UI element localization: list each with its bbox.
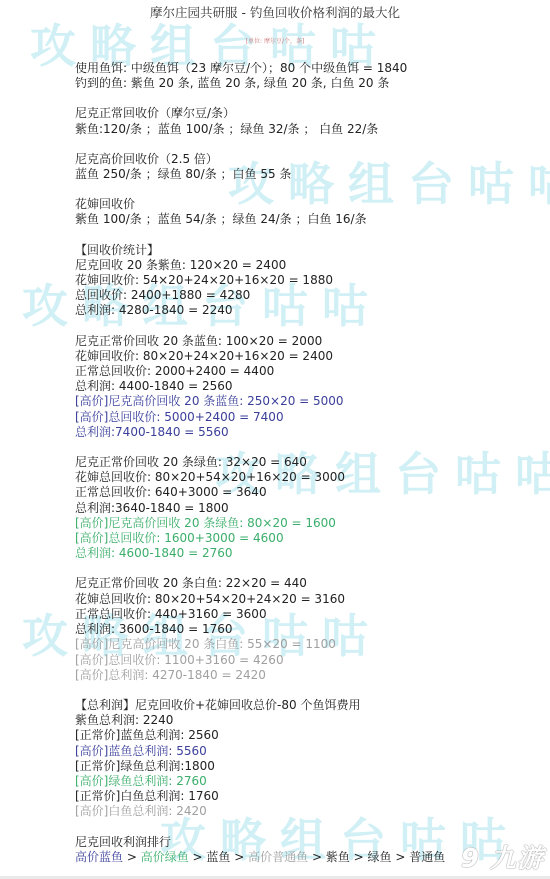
jiuyou-logo-icon: 9 [461,844,480,874]
purple-calc-line: 尼克回收 20 条紫鱼: 120×20 = 2400 [75,258,445,273]
white-calc-line: 花婶总回收价: 80×20+54×20+24×20 = 3160 [75,592,445,607]
ranking-list: 高价蓝鱼 > 高价绿鱼 > 蓝鱼 > 高价普通鱼 > 紫鱼 > 绿鱼 > 普通鱼 [75,850,445,865]
summary-line: 紫鱼总利润: 2240 [75,713,445,728]
summary-line: [正常价]绿鱼总利润:1800 [75,759,445,774]
green-calc-line: 花婶总回收价: 80×20+54×20+16×20 = 3000 [75,470,445,485]
huashen-price-values: 紫鱼 100/条 ；蓝鱼 54/条 ；绿鱼 24/条 ；白鱼 16/条 [75,212,445,227]
summary-line: [正常价]蓝鱼总利润: 2560 [75,728,445,743]
green-high-calc-line: 总利润: 4600-1840 = 2760 [75,546,445,561]
ranking-separator: > [308,850,326,864]
white-high-calc-line: [高价]总利润: 4270-1840 = 2420 [75,668,445,683]
ranking-separator: > [123,850,141,864]
document-title: 摩尔庄园共研服 - 钓鱼回收价格利润的最大化 [0,3,550,21]
caught-fish-info: 钓到的鱼: 紫鱼 20 条, 蓝鱼 20 条, 绿鱼 20 条, 白鱼 20 条 [75,76,445,91]
ranking-separator: > [392,850,410,864]
document-body: 使用鱼饵: 中级鱼饵（23 摩尔豆/个）；80 个中级鱼饵 = 1840 钓到的… [75,61,445,865]
blue-calc-line: 尼克正常价回收 20 条蓝鱼: 100×20 = 2000 [75,334,445,349]
ranking-item: 绿鱼 [368,850,392,864]
white-calc-line: 尼克正常价回收 20 条白鱼: 22×20 = 440 [75,576,445,591]
white-high-calc-line: [高价]尼克高价回收 20 条白鱼: 55×20 = 1100 [75,637,445,652]
jiuyou-logo-text: 九游 [490,844,544,874]
blue-high-calc-line: [高价]尼克高价回收 20 条蓝鱼: 250×20 = 5000 [75,394,445,409]
green-high-calc-line: [高价]总回收价: 1600+3000 = 4600 [75,531,445,546]
summary-line: [正常价]白鱼总利润: 1760 [75,789,445,804]
ranking-item: 普通鱼 [409,850,445,864]
unit-note: [单位: 摩尔豆/个，条] [0,36,550,45]
white-calc-line: 正常总回收价: 440+3160 = 3600 [75,607,445,622]
recycle-stats-header: 【回收价统计】 [75,243,445,258]
purple-calc-line: 花婶回收价: 54×20+24×20+16×20 = 1880 [75,273,445,288]
ranking-item: 高价绿鱼 [141,850,189,864]
summary-line: [高价]绿鱼总利润: 2760 [75,774,445,789]
summary-header: 【总利润】尼克回收价+花婶回收总价-80 个鱼饵费用 [75,698,445,713]
blue-calc-line: 正常总回收价: 2000+2400 = 4400 [75,364,445,379]
green-calc-line: 尼克正常价回收 20 条绿鱼: 32×20 = 640 [75,455,445,470]
purple-calc-line: 总回收价: 2400+1880 = 4280 [75,288,445,303]
purple-calc-line: 总利润: 4280-1840 = 2240 [75,303,445,318]
blue-calc-line: 总利润: 4400-1840 = 2560 [75,379,445,394]
green-calc-line: 总利润:3640-1840 = 1800 [75,501,445,516]
white-high-calc-line: [高价]总回收价: 1100+3160 = 4260 [75,653,445,668]
ranking-title: 尼克回收利润排行 [75,835,445,850]
nike-high-price-values: 蓝鱼 250/条 ；绿鱼 80/条 ；白鱼 55 条 [75,167,445,182]
ranking-item: 蓝鱼 [206,850,230,864]
ranking-separator: > [189,850,207,864]
huashen-price-title: 花婶回收价 [75,197,445,212]
nike-high-price-title: 尼克高价回收价（2.5 倍） [75,152,445,167]
nike-normal-price-title: 尼克正常回收价（摩尔豆/条） [75,106,445,121]
ranking-item: 高价普通鱼 [248,850,308,864]
white-calc-line: 总利润: 3600-1840 = 1760 [75,622,445,637]
ranking-separator: > [350,850,368,864]
ranking-separator: > [230,850,248,864]
green-calc-line: 正常总回收价: 640+3000 = 3640 [75,485,445,500]
bait-info: 使用鱼饵: 中级鱼饵（23 摩尔豆/个）；80 个中级鱼饵 = 1840 [75,61,445,76]
jiuyou-logo: 9 九游 [461,838,544,875]
ranking-item: 紫鱼 [326,850,350,864]
blue-high-calc-line: [高价]总回收价: 5000+2400 = 7400 [75,410,445,425]
blue-calc-line: 花婶回收价: 80×20+24×20+16×20 = 2400 [75,349,445,364]
blue-high-calc-line: 总利润:7400-1840 = 5560 [75,425,445,440]
ranking-item: 高价蓝鱼 [75,850,123,864]
green-high-calc-line: [高价]尼克高价回收 20 条绿鱼: 80×20 = 1600 [75,516,445,531]
nike-normal-price-values: 紫鱼:120/条 ；蓝鱼 100/条 ；绿鱼 32/条 ； 白鱼 22/条 [75,122,445,137]
summary-line: [高价]白鱼总利润: 2420 [75,804,445,819]
summary-line: [高价]蓝鱼总利润: 5560 [75,744,445,759]
